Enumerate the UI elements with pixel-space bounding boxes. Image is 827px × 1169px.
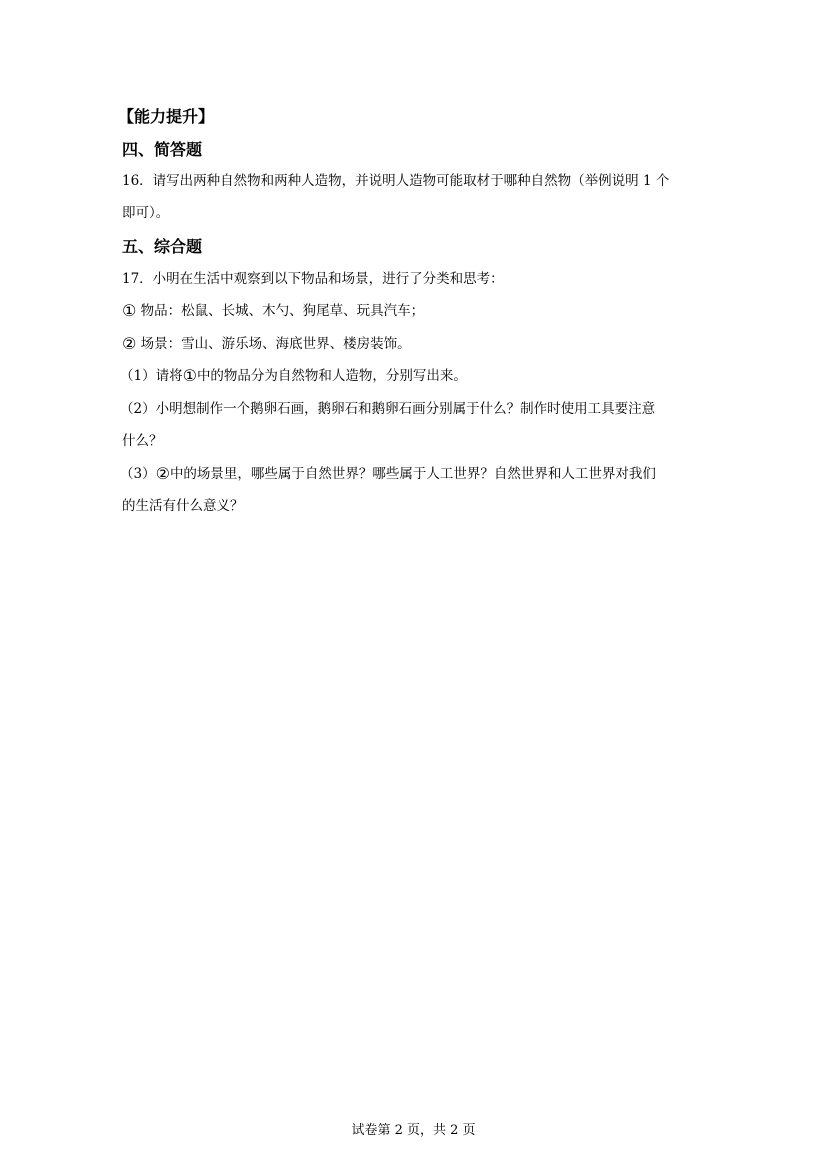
sub3-prefix: （3） bbox=[120, 466, 156, 482]
circled-number-1: ① bbox=[183, 367, 197, 385]
circled-number-1: ① bbox=[122, 302, 136, 320]
question-16-line1: 16．请写出两种自然物和两种人造物，并说明人造物可能取材于哪种自然物（举例说明 … bbox=[122, 172, 669, 190]
question-17-sub3-line1: （3）②中的场景里，哪些属于自然世界？哪些属于人工世界？自然世界和人工世界对我们 bbox=[120, 465, 656, 483]
section5-title: 五、综合题 bbox=[122, 237, 202, 257]
question-17-sub1: （1）请将①中的物品分为自然物和人造物，分别写出来。 bbox=[120, 367, 467, 385]
question-17-sub2-line1: （2）小明想制作一个鹅卵石画，鹅卵石和鹅卵石画分别属于什么？制作时使用工具要注意 bbox=[120, 400, 655, 418]
page-footer: 试卷第 2 页，共 2 页 bbox=[0, 1122, 827, 1140]
question-17-item1: ① 物品：松鼠、长城、木勺、狗尾草、玩具汽车； bbox=[122, 302, 424, 320]
item2-text: 场景：雪山、游乐场、海底世界、楼房装饰。 bbox=[136, 336, 410, 352]
question-17-intro: 17．小明在生活中观察到以下物品和场景，进行了分类和思考： bbox=[122, 270, 504, 288]
question-17-sub2-line2: 什么？ bbox=[122, 432, 163, 450]
section-ability-heading: 【能力提升】 bbox=[118, 107, 214, 127]
question-16-line2: 即可）。 bbox=[122, 204, 169, 222]
circled-number-2: ② bbox=[156, 465, 170, 483]
item1-text: 物品：松鼠、长城、木勺、狗尾草、玩具汽车； bbox=[136, 303, 424, 319]
section4-title: 四、简答题 bbox=[122, 140, 202, 160]
sub1-prefix: （1）请将 bbox=[120, 368, 183, 384]
exam-page: 【能力提升】 四、简答题 16．请写出两种自然物和两种人造物，并说明人造物可能取… bbox=[0, 0, 827, 1169]
circled-number-2: ② bbox=[122, 335, 136, 353]
sub1-rest: 中的物品分为自然物和人造物，分别写出来。 bbox=[197, 368, 467, 384]
question-17-item2: ② 场景：雪山、游乐场、海底世界、楼房装饰。 bbox=[122, 335, 411, 353]
question-17-sub3-line2: 的生活有什么意义？ bbox=[122, 497, 244, 515]
sub3-rest: 中的场景里，哪些属于自然世界？哪些属于人工世界？自然世界和人工世界对我们 bbox=[170, 466, 656, 482]
